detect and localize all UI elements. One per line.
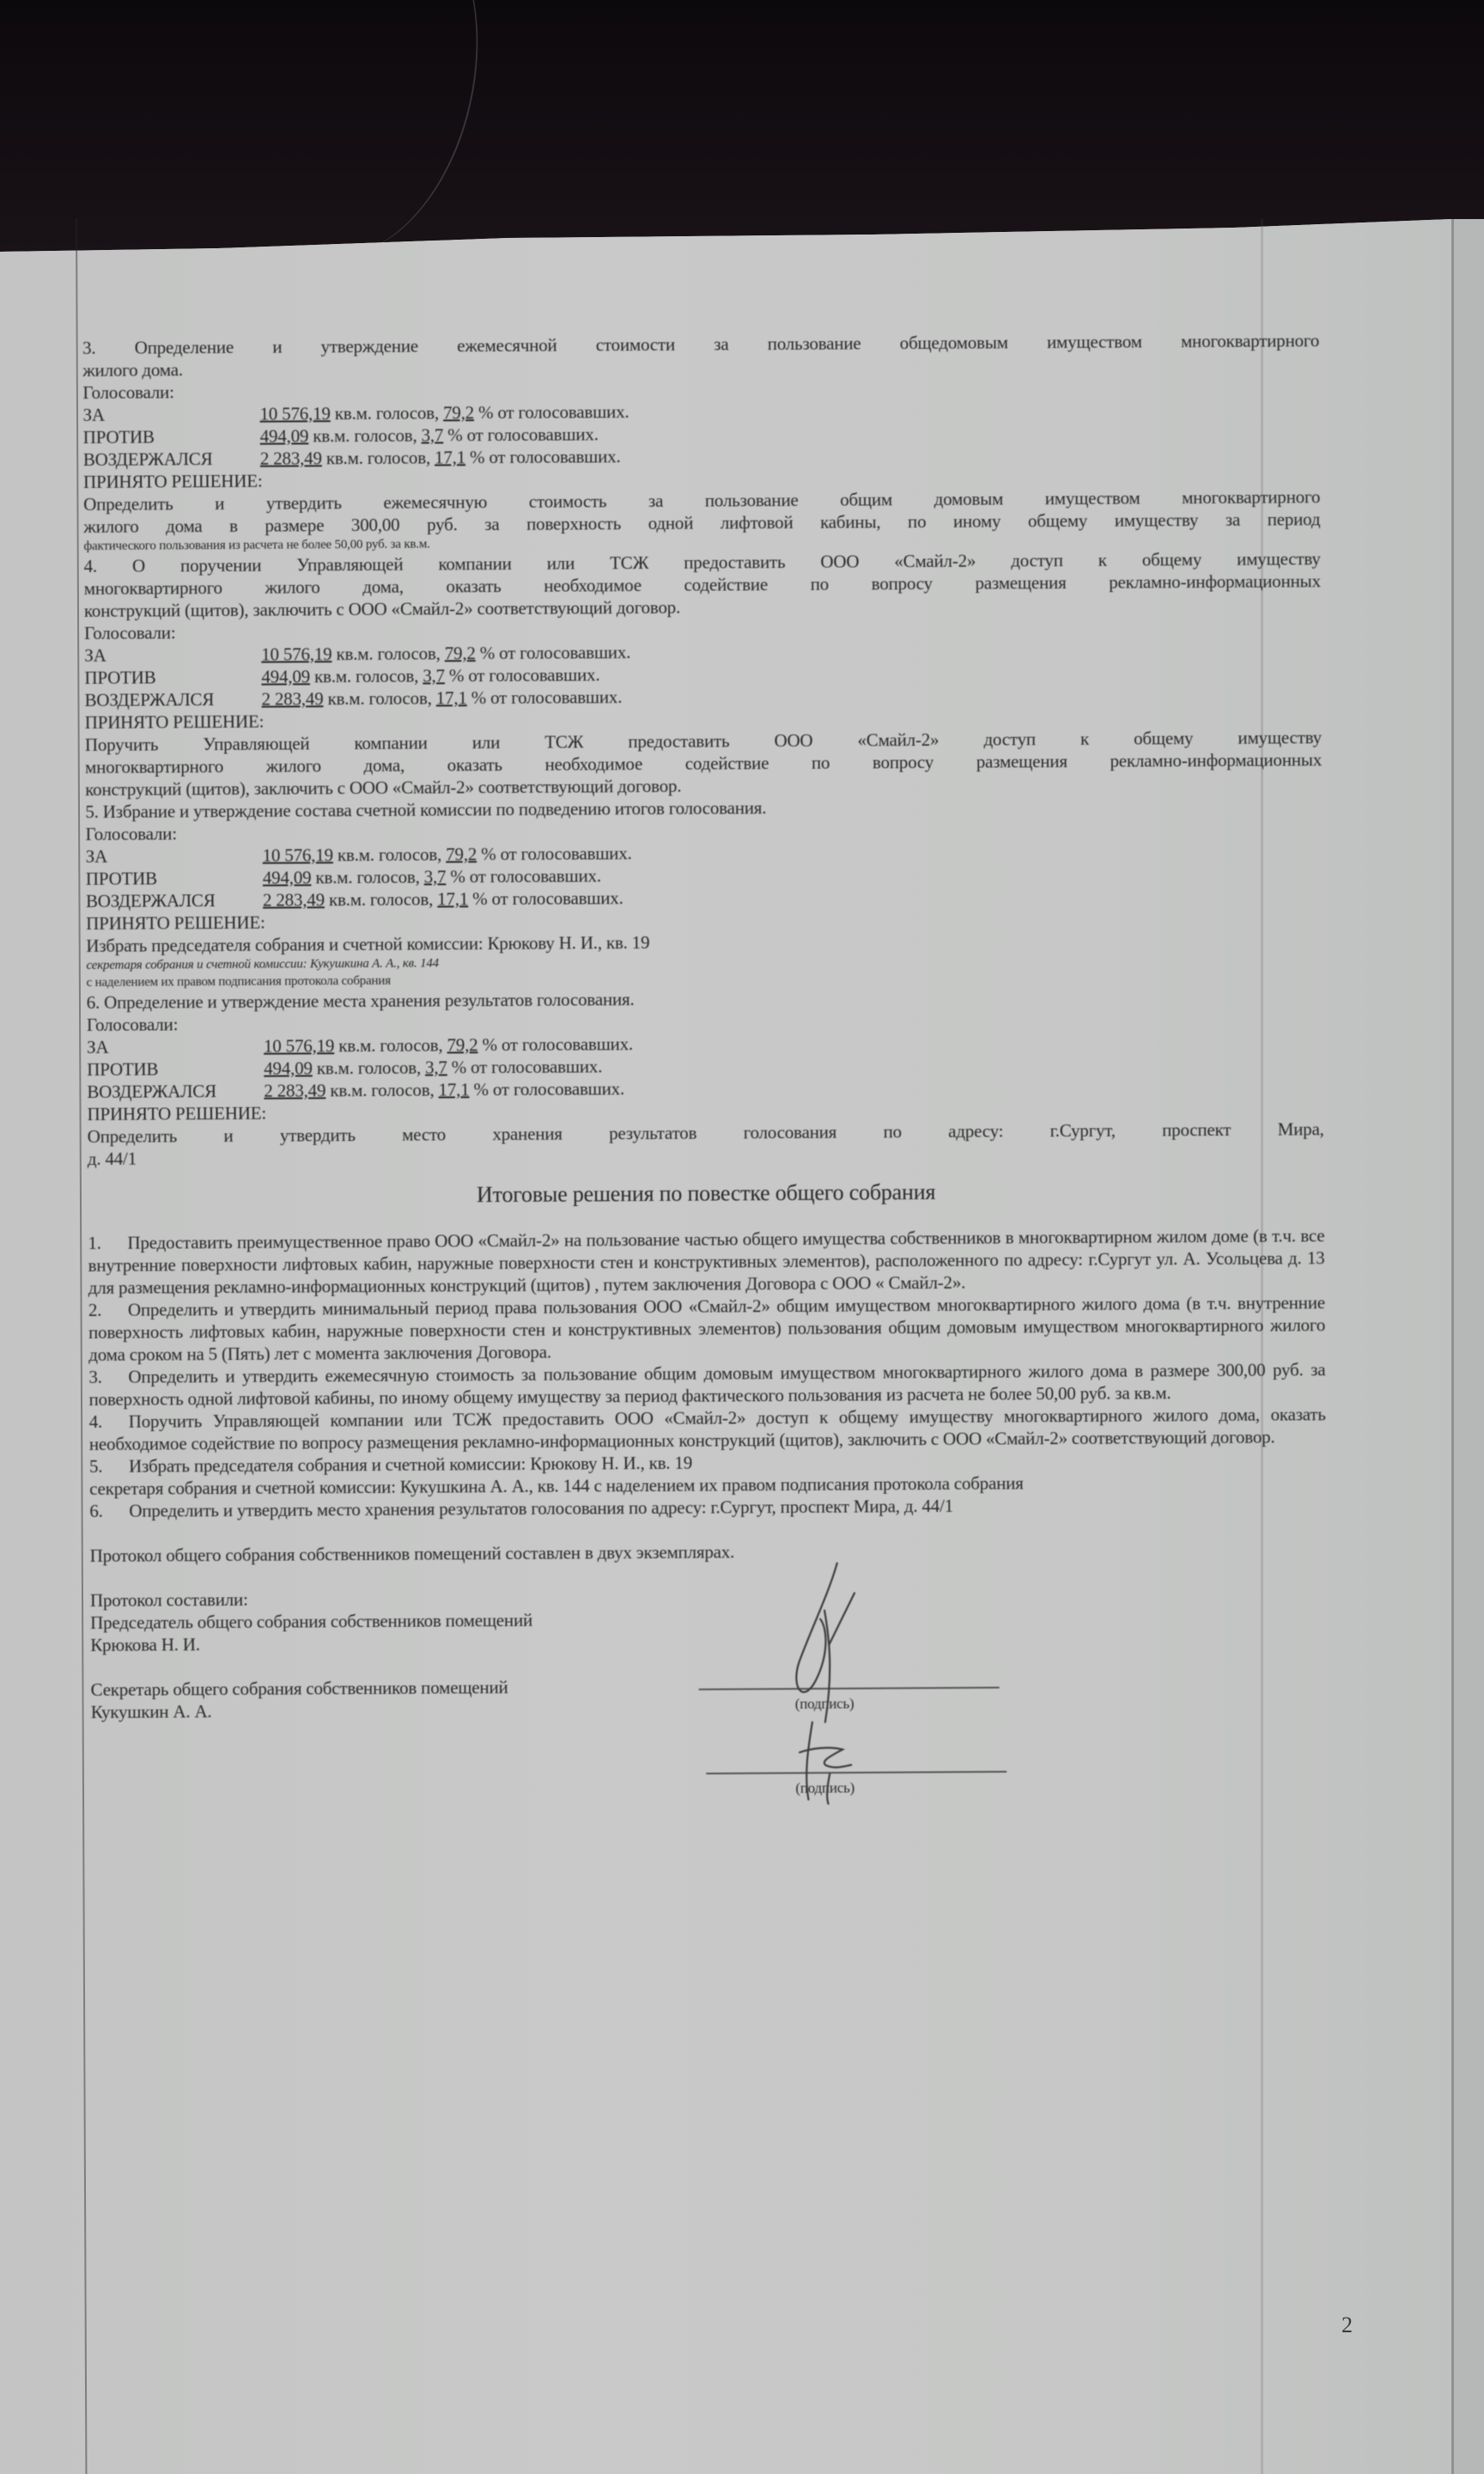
final-decision-number: 6. (89, 1500, 129, 1522)
vote-result: 2 283,49 кв.м. голосов, 17,1 % от голосо… (264, 1077, 624, 1102)
background-cable (214, 0, 509, 277)
final-decision-text: Поручить Управляющей компании или ТСЖ пр… (89, 1404, 1326, 1454)
vote-percent: 3,7 (424, 866, 447, 887)
vote-area: 2 283,49 (264, 1080, 325, 1100)
vote-percent: 79,2 (445, 643, 476, 663)
final-decision-number: 1. (88, 1232, 127, 1254)
vote-result: 494,09 кв.м. голосов, 3,7 % от голосовав… (264, 1055, 602, 1079)
vote-result: 494,09 кв.м. голосов, 3,7 % от голосовав… (263, 864, 601, 888)
vote-percent: 17,1 (436, 687, 467, 708)
vote-option-label: ПРОТИВ (84, 666, 261, 689)
signature-block: Протокол составили:Председатель общего с… (90, 1581, 1328, 1787)
final-decision-number: 5. (89, 1455, 129, 1478)
vote-result: 10 576,19 кв.м. голосов, 79,2 % от голос… (261, 641, 630, 666)
vote-option-label: ВОЗДЕРЖАЛСЯ (87, 1080, 264, 1103)
vote-percent: 79,2 (446, 844, 477, 864)
vote-result: 2 283,49 кв.м. голосов, 17,1 % от голосо… (260, 445, 621, 470)
secretary-signature-icon (778, 1713, 873, 1808)
signatories: Протокол составили:Председатель общего с… (90, 1581, 1328, 1723)
vote-area: 2 283,49 (263, 889, 325, 910)
vote-option-label: ЗА (87, 1035, 264, 1058)
final-decision-text: Избрать председателя собрания и счетной … (129, 1453, 692, 1477)
vote-result: 494,09 кв.м. голосов, 3,7 % от голосовав… (261, 663, 599, 687)
vote-result: 2 283,49 кв.м. голосов, 17,1 % от голосо… (262, 686, 623, 710)
vote-option-label: ЗА (82, 403, 259, 426)
vote-option-label: ВОЗДЕРЖАЛСЯ (86, 889, 263, 912)
vote-area: 2 283,49 (260, 448, 322, 468)
vote-percent: 79,2 (447, 1034, 477, 1055)
page-edge (1451, 219, 1484, 2474)
vote-option-label: ЗА (86, 844, 263, 868)
final-decision-number: 4. (89, 1411, 129, 1433)
final-decision-number: 2. (88, 1299, 128, 1321)
vote-result: 494,09 кв.м. голосов, 3,7 % от голосовав… (260, 423, 599, 447)
vote-result: 2 283,49 кв.м. голосов, 17,1 % от голосо… (263, 887, 623, 911)
agenda-section: 5. Избрание и утверждение состава счетно… (85, 793, 1323, 991)
final-decision-text: Определить и утвердить место хранения ре… (129, 1496, 953, 1521)
vote-option-label: ПРОТИВ (86, 867, 263, 890)
final-decision-item: 2.Определить и утвердить минимальный пер… (88, 1291, 1325, 1366)
page-number: 2 (1341, 2313, 1353, 2338)
vote-result: 10 576,19 кв.м. голосов, 79,2 % от голос… (263, 842, 632, 867)
final-decision-item: 3.Определить и утвердить ежемесячную сто… (88, 1358, 1325, 1411)
final-decision-text: Определить и утвердить минимальный перио… (88, 1292, 1325, 1365)
final-decision-text: Определить и утвердить ежемесячную стоим… (88, 1359, 1325, 1410)
vote-option-label: ПРОТИВ (83, 425, 260, 448)
vote-option-label: ЗА (84, 643, 261, 667)
vote-percent: 17,1 (437, 888, 468, 909)
vote-option-label: ВОЗДЕРЖАЛСЯ (85, 688, 262, 711)
vote-percent: 3,7 (423, 665, 445, 686)
vote-result: 10 576,19 кв.м. голосов, 79,2 % от голос… (264, 1033, 633, 1057)
vote-percent: 3,7 (425, 1057, 447, 1077)
document-content: 3. Определение и утверждение ежемесячной… (82, 329, 1328, 1787)
agenda-section: 3. Определение и утверждение ежемесячной… (82, 329, 1321, 555)
vote-area: 494,09 (263, 867, 312, 887)
final-decision-item: 1.Предоставить преимущественное право ОО… (88, 1224, 1324, 1299)
vote-option-label: ПРОТИВ (87, 1057, 264, 1081)
vote-percent: 79,2 (443, 402, 474, 423)
vote-area: 10 576,19 (263, 844, 333, 866)
final-decision-text: Предоставить преимущественное право ООО … (88, 1225, 1325, 1298)
vote-area: 2 283,49 (262, 688, 324, 709)
vote-area: 10 576,19 (261, 643, 331, 665)
vote-option-label: ВОЗДЕРЖАЛСЯ (83, 448, 260, 471)
vote-area: 494,09 (260, 425, 309, 446)
vote-area: 10 576,19 (259, 403, 330, 424)
vote-result: 10 576,19 кв.м. голосов, 79,2 % от голос… (259, 400, 629, 425)
final-decisions-heading: Итоговые решения по повестке общего собр… (88, 1174, 1324, 1213)
final-decision-item: 4.Поручить Управляющей компании или ТСЖ … (89, 1403, 1326, 1455)
vote-percent: 17,1 (435, 447, 465, 467)
vote-area: 10 576,19 (264, 1035, 334, 1057)
agenda-section: 4. О поручении Управляющей компании или … (84, 547, 1323, 801)
final-decision-number: 3. (88, 1366, 128, 1388)
vote-area: 494,09 (261, 666, 310, 686)
agenda-section: 6. Определение и утверждение места хране… (87, 984, 1324, 1170)
vote-percent: 17,1 (438, 1079, 469, 1100)
vote-area: 494,09 (264, 1057, 313, 1078)
vote-percent: 3,7 (421, 424, 443, 445)
